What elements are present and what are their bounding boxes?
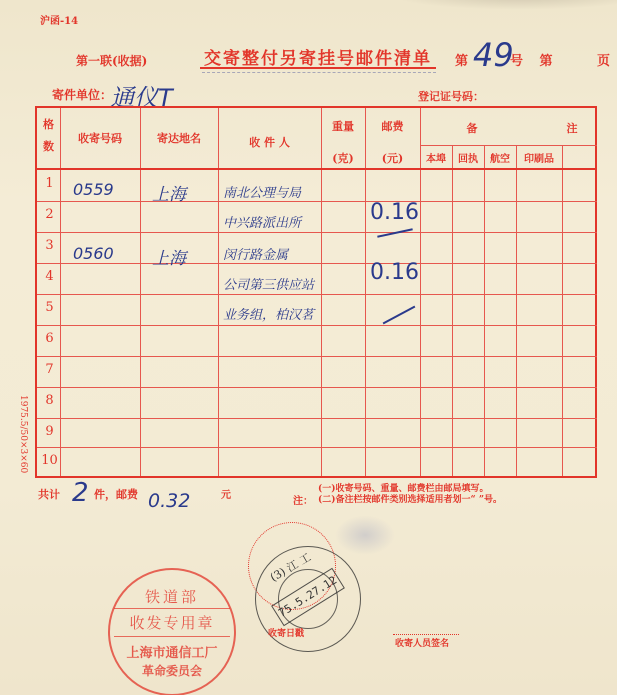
header-bottom-border	[37, 168, 597, 170]
header-row-index-text: 格数	[43, 114, 55, 158]
postmark-date-label: 收寄日戳	[268, 626, 304, 639]
header-airmail: 航空	[484, 150, 516, 165]
col-divider	[140, 108, 141, 476]
col-divider	[218, 108, 219, 476]
signer-label: 收寄人员签名	[395, 636, 449, 649]
entry-1-recipient-line-1[interactable]: 南北公理与局	[223, 182, 301, 201]
note-line-2: (二)备注栏按邮件类别选择适用者划一“ ”号。	[318, 495, 502, 506]
sender-unit-label: 寄件单位：	[52, 86, 112, 103]
col-divider	[484, 145, 485, 476]
page-label: 页	[597, 50, 610, 69]
number-suffix: 号 第	[510, 50, 559, 69]
total-count-field[interactable]: 2	[72, 478, 89, 508]
mail-list-table: 格数 收寄号码 寄达地名 收 件 人 重量 (克) 邮费 (元) 备 注 本埠 …	[35, 106, 597, 478]
entry-2-recipient-line-2[interactable]: 公司第三供应站	[223, 274, 314, 293]
registration-number-label: 登记证号码：	[418, 88, 484, 104]
entry-2-checkmark	[383, 306, 416, 325]
header-return-receipt: 回执	[452, 150, 484, 165]
title-underline-dashed	[202, 72, 436, 74]
signer-line	[393, 634, 459, 635]
entry-2-tracking-no[interactable]: 0560	[73, 244, 114, 263]
header-weight: 重量	[321, 118, 365, 134]
header-recipient: 收 件 人	[218, 134, 321, 150]
row-number: 6	[37, 331, 62, 346]
header-destination: 寄达地名	[140, 130, 218, 146]
row-divider	[37, 201, 597, 202]
header-printed-matter: 印刷品	[516, 150, 562, 165]
seal-line-3: 上海市通信工厂	[110, 642, 234, 661]
row-number: 3	[37, 238, 62, 253]
row-number: 1	[37, 176, 62, 191]
header-weight-unit: (克)	[321, 150, 365, 166]
entry-1-tracking-no[interactable]: 0559	[73, 180, 114, 199]
row-number: 10	[37, 453, 62, 468]
entry-1-checkmark	[377, 228, 413, 237]
number-prefix: 第	[455, 50, 468, 69]
note-line-1: (一)收寄号码、重量、邮费栏由邮局填写。	[318, 484, 502, 495]
row-number: 7	[37, 362, 62, 377]
entry-2-recipient-line-1[interactable]: 闵行路金属	[223, 244, 288, 263]
notes-label: 注：	[293, 492, 313, 507]
header-postage: 邮费	[365, 118, 420, 134]
row-divider	[37, 387, 597, 388]
entry-2-destination[interactable]: 上海	[152, 244, 186, 269]
seal-line-2: 收发专用章	[114, 608, 230, 637]
entry-1-destination[interactable]: 上海	[152, 180, 186, 205]
pieces-fee-label: 件，邮费	[94, 486, 138, 502]
total-label: 共计	[38, 486, 60, 502]
red-seal-stamp: 铁道部 收发专用章 上海市通信工厂 革命委员会	[108, 568, 236, 695]
header-row-index: 格数	[37, 114, 60, 158]
row-divider	[37, 294, 597, 295]
entry-1-recipient-line-2[interactable]: 中兴路派出所	[223, 212, 301, 231]
header-remarks: 备	[457, 120, 487, 136]
list-number-field[interactable]: 49	[473, 36, 514, 74]
title-underline	[200, 67, 436, 69]
printer-mark: 1975.5/50×3×60	[18, 395, 28, 473]
header-tracking-no: 收寄号码	[60, 130, 140, 146]
entry-1-postage[interactable]: 0.16	[370, 200, 419, 225]
seal-line-4: 革命委员会	[110, 662, 234, 679]
entry-2-postage[interactable]: 0.16	[370, 260, 419, 285]
entry-2-recipient-line-3[interactable]: 业务组，柏汉茗	[223, 304, 314, 323]
row-number: 5	[37, 300, 62, 315]
col-divider	[516, 145, 517, 476]
row-divider	[37, 418, 597, 419]
row-divider	[37, 325, 597, 326]
total-fee-field[interactable]: 0.32	[148, 490, 190, 512]
header-postage-unit: (元)	[365, 150, 420, 166]
yuan-label: 元	[221, 486, 231, 501]
ink-smudge	[335, 515, 395, 555]
form-title: 交寄整付另寄挂号邮件清单	[204, 44, 432, 69]
copy-label: 第一联(收据)	[76, 52, 147, 69]
form-code: 沪函-14	[40, 12, 78, 27]
col-divider	[60, 108, 61, 476]
row-number: 8	[37, 393, 62, 408]
col-divider	[562, 145, 563, 476]
header-sub-divider	[420, 145, 597, 146]
col-divider	[452, 145, 453, 476]
row-divider	[37, 263, 597, 264]
header-remarks-2: 注	[557, 120, 587, 136]
seal-line-1: 铁道部	[110, 586, 234, 607]
notes-block: (一)收寄号码、重量、邮费栏由邮局填写。 (二)备注栏按邮件类别选择适用者划一“…	[318, 484, 502, 506]
row-number: 9	[37, 424, 62, 439]
header-local: 本埠	[420, 150, 452, 165]
row-number: 2	[37, 207, 62, 222]
row-divider	[37, 447, 597, 448]
row-number: 4	[37, 269, 62, 284]
row-divider	[37, 232, 597, 233]
row-divider	[37, 356, 597, 357]
